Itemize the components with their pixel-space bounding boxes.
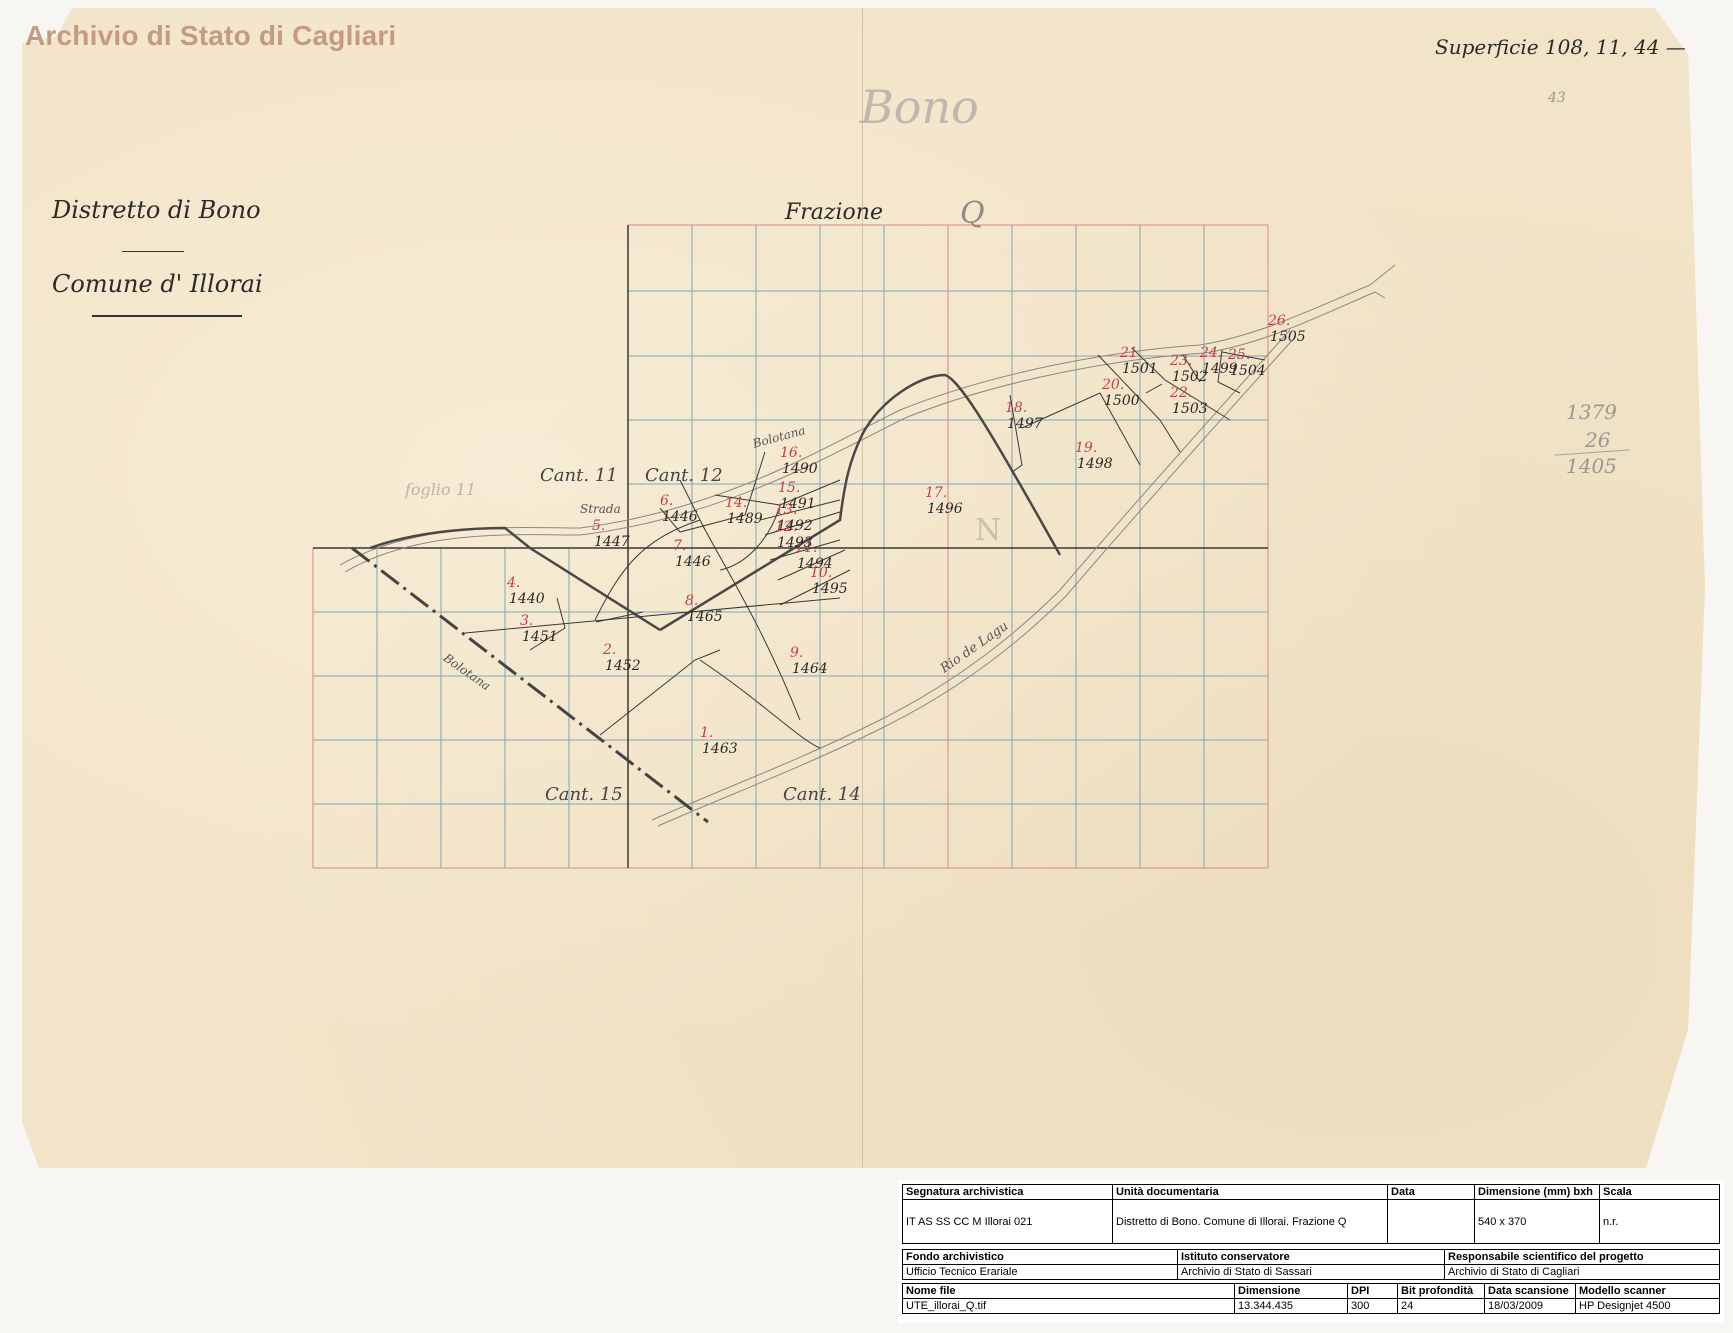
parcel-mappa-number: 1497 <box>1007 417 1043 431</box>
parcel-number: 19. <box>1075 441 1097 455</box>
parcel-number: 15. <box>778 481 800 495</box>
value-data <box>1388 1200 1475 1244</box>
parcel-number: 23. <box>1170 354 1192 368</box>
header-dpi: DPI <box>1348 1284 1398 1299</box>
header-unita: Unità documentaria <box>1113 1185 1388 1200</box>
parcel-number: 20. <box>1102 378 1124 392</box>
parcel-number: 16. <box>780 446 802 460</box>
commune-boundary-line <box>352 548 708 822</box>
parcel-mappa-number: 1489 <box>727 512 763 526</box>
header-modello-scanner: Modello scanner <box>1576 1284 1720 1299</box>
parcel-mappa-number: 1490 <box>782 462 818 476</box>
label-cantone-14: Cant. 14 <box>783 784 861 805</box>
metadata-table-row1: Segnatura archivistica Unità documentari… <box>902 1184 1720 1244</box>
parcel-mappa-number: 1446 <box>675 555 711 569</box>
header-nome-file: Nome file <box>903 1284 1235 1299</box>
parcel-mappa-number: 1465 <box>687 610 723 624</box>
value-istituto: Archivio di Stato di Sassari <box>1178 1265 1445 1280</box>
parcel-mappa-number: 1495 <box>812 582 848 596</box>
parcel-mappa-number: 1440 <box>509 592 545 606</box>
parcel-number: 24. <box>1200 346 1222 360</box>
value-modello-scanner: HP Designjet 4500 <box>1576 1299 1720 1314</box>
value-dimensione: 13.344.435 <box>1235 1299 1348 1314</box>
parcel-number: 4. <box>507 576 520 590</box>
parcel-mappa-number: 1447 <box>594 535 630 549</box>
parcel-number: 18. <box>1005 401 1027 415</box>
parcel-number: 9. <box>790 646 803 660</box>
parcel-mappa-number: 1446 <box>662 510 698 524</box>
parcel-number: 21. <box>1120 346 1142 360</box>
header-dimensione-mm: Dimensione (mm) bxh <box>1475 1185 1600 1200</box>
value-scala: n.r. <box>1600 1200 1720 1244</box>
parcel-mappa-number: 1493 <box>777 536 813 550</box>
parcel-number: 1. <box>700 726 713 740</box>
label-strada: Strada <box>580 502 621 516</box>
header-segnatura: Segnatura archivistica <box>903 1185 1113 1200</box>
value-fondo: Ufficio Tecnico Erariale <box>903 1265 1178 1280</box>
header-dimensione: Dimensione <box>1235 1284 1348 1299</box>
parcel-number: 6. <box>660 494 673 508</box>
parcel-mappa-number: 1498 <box>1077 457 1113 471</box>
value-dpi: 300 <box>1348 1299 1398 1314</box>
parcel-mappa-number: 1505 <box>1270 330 1306 344</box>
parcel-mappa-number: 1492 <box>777 519 813 533</box>
parcel-mappa-number: 1464 <box>792 662 828 676</box>
parcel-number: 14. <box>725 496 747 510</box>
parcel-mappa-number: 1491 <box>780 497 816 511</box>
value-segnatura: IT AS SS CC M Illorai 021 <box>903 1200 1113 1244</box>
value-dimensione-mm: 540 x 370 <box>1475 1200 1600 1244</box>
parcel-mappa-number: 1494 <box>797 557 833 571</box>
cadastral-map: N <box>0 0 1733 1333</box>
parcel-number: 25. <box>1228 348 1250 362</box>
header-fondo: Fondo archivistico <box>903 1250 1178 1265</box>
header-scala: Scala <box>1600 1185 1720 1200</box>
parcel-mappa-number: 1500 <box>1104 394 1140 408</box>
value-bit: 24 <box>1398 1299 1485 1314</box>
label-cantone-12: Cant. 12 <box>645 465 723 486</box>
parcel-mappa-number: 1496 <box>927 502 963 516</box>
header-bit: Bit profondità <box>1398 1284 1485 1299</box>
parcel-number: 7. <box>673 539 686 553</box>
label-pencil-left: foglio 11 <box>405 480 476 499</box>
parcel-number: 8. <box>685 594 698 608</box>
label-cantone-11: Cant. 11 <box>540 465 618 486</box>
parcel-mappa-number: 1451 <box>522 630 558 644</box>
header-responsabile: Responsabile scientifico del progetto <box>1445 1250 1720 1265</box>
parcel-number: 2. <box>603 643 616 657</box>
parcel-mappa-number: 1452 <box>605 659 641 673</box>
header-data-scansione: Data scansione <box>1485 1284 1576 1299</box>
value-responsabile: Archivio di Stato di Cagliari <box>1445 1265 1720 1280</box>
header-data: Data <box>1388 1185 1475 1200</box>
compass-n-mark: N <box>975 513 1001 548</box>
parcel-mappa-number: 1463 <box>702 742 738 756</box>
parcel-mappa-number: 1504 <box>1230 364 1266 378</box>
value-data-scansione: 18/03/2009 <box>1485 1299 1576 1314</box>
header-istituto: Istituto conservatore <box>1178 1250 1445 1265</box>
value-nome-file: UTE_illorai_Q.tif <box>903 1299 1235 1314</box>
parcel-number: 22. <box>1170 386 1192 400</box>
parcel-number: 26. <box>1268 314 1290 328</box>
parcel-number: 3. <box>520 614 533 628</box>
parcel-number: 17. <box>925 486 947 500</box>
metadata-table-row3: Nome file Dimensione DPI Bit profondità … <box>902 1283 1720 1314</box>
parcel-number: 5. <box>592 519 605 533</box>
parcel-mappa-number: 1503 <box>1172 402 1208 416</box>
label-cantone-15: Cant. 15 <box>545 784 623 805</box>
metadata-table-row2: Fondo archivistico Istituto conservatore… <box>902 1249 1720 1280</box>
value-unita: Distretto di Bono. Comune di Illorai. Fr… <box>1113 1200 1388 1244</box>
parcel-mappa-number: 1501 <box>1122 362 1158 376</box>
